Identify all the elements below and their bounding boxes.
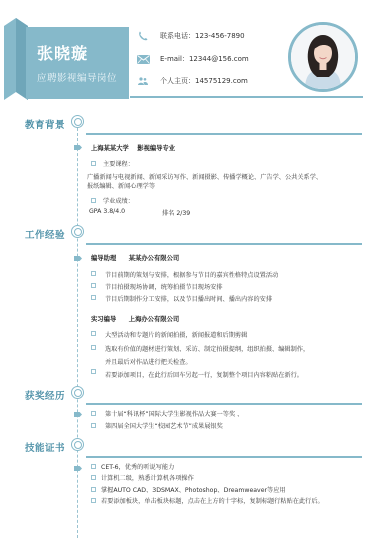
skill-item-1: CET-6，优秀的听说写能力 [101, 462, 174, 471]
skill-item-4: 若要添加板块，单击板块标题，点击在上方的十字标，复制标题行粘贴在此行后。 [101, 496, 324, 505]
header-ribbon-fold [4, 18, 28, 100]
grades-label: 学业成绩： [103, 196, 134, 205]
job1-item-3: 节目后期制作分工安排，以及节目播出时间、播出内容的安排 [105, 294, 272, 303]
checkbox-icon [91, 283, 96, 288]
mail-icon [136, 54, 150, 64]
rank-value: 排名 2/39 [162, 208, 190, 217]
section-ring-icon [71, 115, 84, 128]
checkbox-icon [91, 487, 96, 492]
section-title-skills: 技能证书 [25, 440, 65, 454]
tag-marker-icon [74, 256, 82, 261]
checkbox-icon [91, 423, 96, 428]
tag-marker-icon [74, 412, 82, 417]
job-header-1: 编导助理 某某办公有限公司 [91, 253, 179, 262]
section-ring-icon [71, 225, 84, 238]
contact-homepage: 个人主页：14575129.com [136, 76, 248, 86]
checkbox-icon [91, 295, 96, 300]
section-divider [86, 403, 362, 405]
checkbox-icon [91, 345, 96, 350]
contact-email: E-mail：12344@156.com [136, 54, 249, 64]
gpa-value: GPA 3.8/4.0 [89, 208, 125, 215]
courses-line-2: 报纸编辑、新闻心理学等 [87, 181, 155, 190]
timeline-line [77, 128, 78, 538]
email-text: E-mail：12344@156.com [160, 54, 249, 64]
tag-marker-icon [74, 145, 82, 150]
job2-item-2: 选取有价值的题材进行策划、采访、制定拍摄提纲，组织拍摄、编辑制作， [105, 344, 309, 353]
checkbox-icon [91, 369, 96, 374]
user-group-icon [136, 76, 150, 86]
candidate-name: 张晓璇 [37, 41, 88, 64]
checkbox-icon [91, 331, 96, 336]
section-divider [86, 456, 362, 458]
section-ring-icon [71, 386, 84, 399]
section-ring-icon [71, 438, 84, 451]
school-major: 上海某某大学 影视编导专业 [91, 143, 175, 152]
section-divider [86, 243, 362, 245]
job-objective: 应聘影视编导岗位 [37, 70, 117, 84]
job1-item-2: 节目拍摄现场协调，统筹拍摄节目现场安排 [105, 282, 223, 291]
homepage-text: 个人主页：14575129.com [160, 76, 248, 86]
award-item-2: 第四届全国大学生“校园艺术节”成果展银奖 [105, 421, 223, 430]
award-item-1: 第十届“科讯杯”国际大学生影视作品大赛一等奖 、 [105, 409, 243, 418]
checkbox-icon [91, 198, 96, 203]
phone-icon [136, 31, 150, 41]
courses-label: 主要课程： [103, 159, 134, 168]
section-title-awards: 获奖经历 [25, 388, 65, 402]
avatar-photo [288, 22, 358, 92]
job2-item-3: 若要添加项目，在此行后回车另起一行，复制整个项目内容粘贴在新行。 [105, 370, 303, 379]
checkbox-icon [91, 271, 96, 276]
job1-item-1: 节目前期的策划与安排，根据参与节目的嘉宾性格特点设置活动 [105, 270, 278, 279]
job2-item-2-cont: 并且最后对作品进行把关检查。 [105, 357, 192, 366]
section-divider [86, 133, 362, 135]
job2-item-1: 大型活动和专题片的新闻拍摄，新闻报道和后期剪辑 [105, 330, 247, 339]
header-divider [130, 96, 363, 98]
courses-line-1: 广播新闻与电视新闻、新闻采访写作、新闻摄影、传播学概论、广告学、公共关系学、 [87, 172, 322, 181]
checkbox-icon [91, 411, 96, 416]
tag-marker-icon [74, 466, 82, 471]
skill-item-3: 掌握AUTO CAD、3DSMAX、Photoshop、Dreamweaver等… [101, 485, 286, 494]
phone-text: 联系电话：123-456-7890 [160, 31, 245, 41]
checkbox-icon [91, 161, 96, 166]
section-title-education: 教育背景 [25, 117, 65, 131]
job-header-2: 实习编导 上海办公有限公司 [91, 314, 179, 323]
section-title-work: 工作经验 [25, 227, 65, 241]
checkbox-icon [91, 475, 96, 480]
checkbox-icon [91, 498, 96, 503]
contact-phone: 联系电话：123-456-7890 [136, 31, 245, 41]
checkbox-icon [91, 464, 96, 469]
skill-item-2: 计算机二级，熟悉计算机各项操作 [101, 473, 194, 482]
